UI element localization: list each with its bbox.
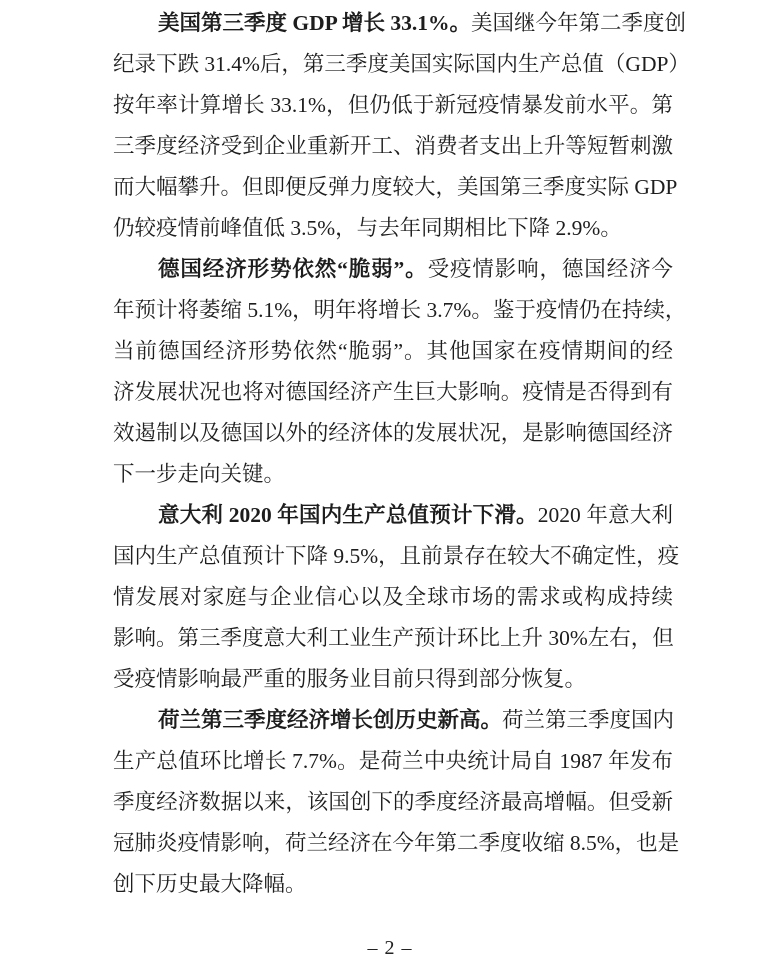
text-run: 受疫情影响，德国经济今 [428, 257, 673, 281]
text-line: 德国经济形势依然“脆弱”。受疫情影响，德国经济今 [113, 249, 673, 290]
text-line: 仍较疫情前峰值低 3.5%，与去年同期相比下降 2.9%。 [113, 208, 673, 249]
paragraph-germany-economy: 德国经济形势依然“脆弱”。受疫情影响，德国经济今 年预计将萎缩 5.1%，明年将… [113, 249, 673, 495]
text-line: 生产总值环比增长 7.7%。是荷兰中央统计局自 1987 年发布 [113, 741, 673, 782]
document-body: 美国第三季度 GDP 增长 33.1%。美国继今年第二季度创 纪录下跌 31.4… [113, 3, 673, 905]
text-line: 荷兰第三季度经济增长创历史新高。荷兰第三季度国内 [113, 700, 673, 741]
text-run: 美国继今年第二季度创 [471, 11, 686, 35]
paragraph-us-gdp: 美国第三季度 GDP 增长 33.1%。美国继今年第二季度创 纪录下跌 31.4… [113, 3, 673, 249]
paragraph-italy-gdp: 意大利 2020 年国内生产总值预计下滑。2020 年意大利 国内生产总值预计下… [113, 495, 673, 700]
text-line: 按年率计算增长 33.1%，但仍低于新冠疫情暴发前水平。第 [113, 85, 673, 126]
text-line: 下一步走向关键。 [113, 454, 673, 495]
text-line: 纪录下跌 31.4%后，第三季度美国实际国内生产总值（GDP） [113, 44, 673, 85]
text-line: 美国第三季度 GDP 增长 33.1%。美国继今年第二季度创 [113, 3, 673, 44]
text-line: 国内生产总值预计下降 9.5%，且前景存在较大不确定性，疫 [113, 536, 673, 577]
text-line: 受疫情影响最严重的服务业目前只得到部分恢复。 [113, 659, 673, 700]
text-line: 冠肺炎疫情影响，荷兰经济在今年第二季度收缩 8.5%，也是 [113, 823, 673, 864]
text-line: 济发展状况也将对德国经济产生巨大影响。疫情是否得到有 [113, 372, 673, 413]
paragraph-lead-bold: 荷兰第三季度经济增长创历史新高。 [158, 708, 502, 732]
text-line: 效遏制以及德国以外的经济体的发展状况，是影响德国经济 [113, 413, 673, 454]
text-line: 影响。第三季度意大利工业生产预计环比上升 30%左右，但 [113, 618, 673, 659]
text-line: 季度经济数据以来，该国创下的季度经济最高增幅。但受新 [113, 782, 673, 823]
paragraph-netherlands-growth: 荷兰第三季度经济增长创历史新高。荷兰第三季度国内 生产总值环比增长 7.7%。是… [113, 700, 673, 905]
paragraph-lead-bold: 意大利 2020 年国内生产总值预计下滑。 [158, 503, 538, 527]
text-line: 意大利 2020 年国内生产总值预计下滑。2020 年意大利 [113, 495, 673, 536]
text-line: 当前德国经济形势依然“脆弱”。其他国家在疫情期间的经 [113, 331, 673, 372]
text-line: 创下历史最大降幅。 [113, 864, 673, 905]
text-line: 年预计将萎缩 5.1%，明年将增长 3.7%。鉴于疫情仍在持续， [113, 290, 673, 331]
paragraph-lead-bold: 德国经济形势依然“脆弱”。 [158, 257, 428, 281]
text-run: 2020 年意大利 [538, 503, 673, 527]
paragraph-lead-bold: 美国第三季度 GDP 增长 33.1%。 [158, 11, 471, 35]
text-line: 情发展对家庭与企业信心以及全球市场的需求或构成持续 [113, 577, 673, 618]
document-page: 美国第三季度 GDP 增长 33.1%。美国继今年第二季度创 纪录下跌 31.4… [0, 0, 780, 967]
text-run: 荷兰第三季度国内 [502, 708, 674, 732]
text-line: 而大幅攀升。但即便反弹力度较大，美国第三季度实际 GDP [113, 167, 673, 208]
text-line: 三季度经济受到企业重新开工、消费者支出上升等短暂刺激 [113, 126, 673, 167]
page-number: – 2 – [0, 935, 780, 961]
